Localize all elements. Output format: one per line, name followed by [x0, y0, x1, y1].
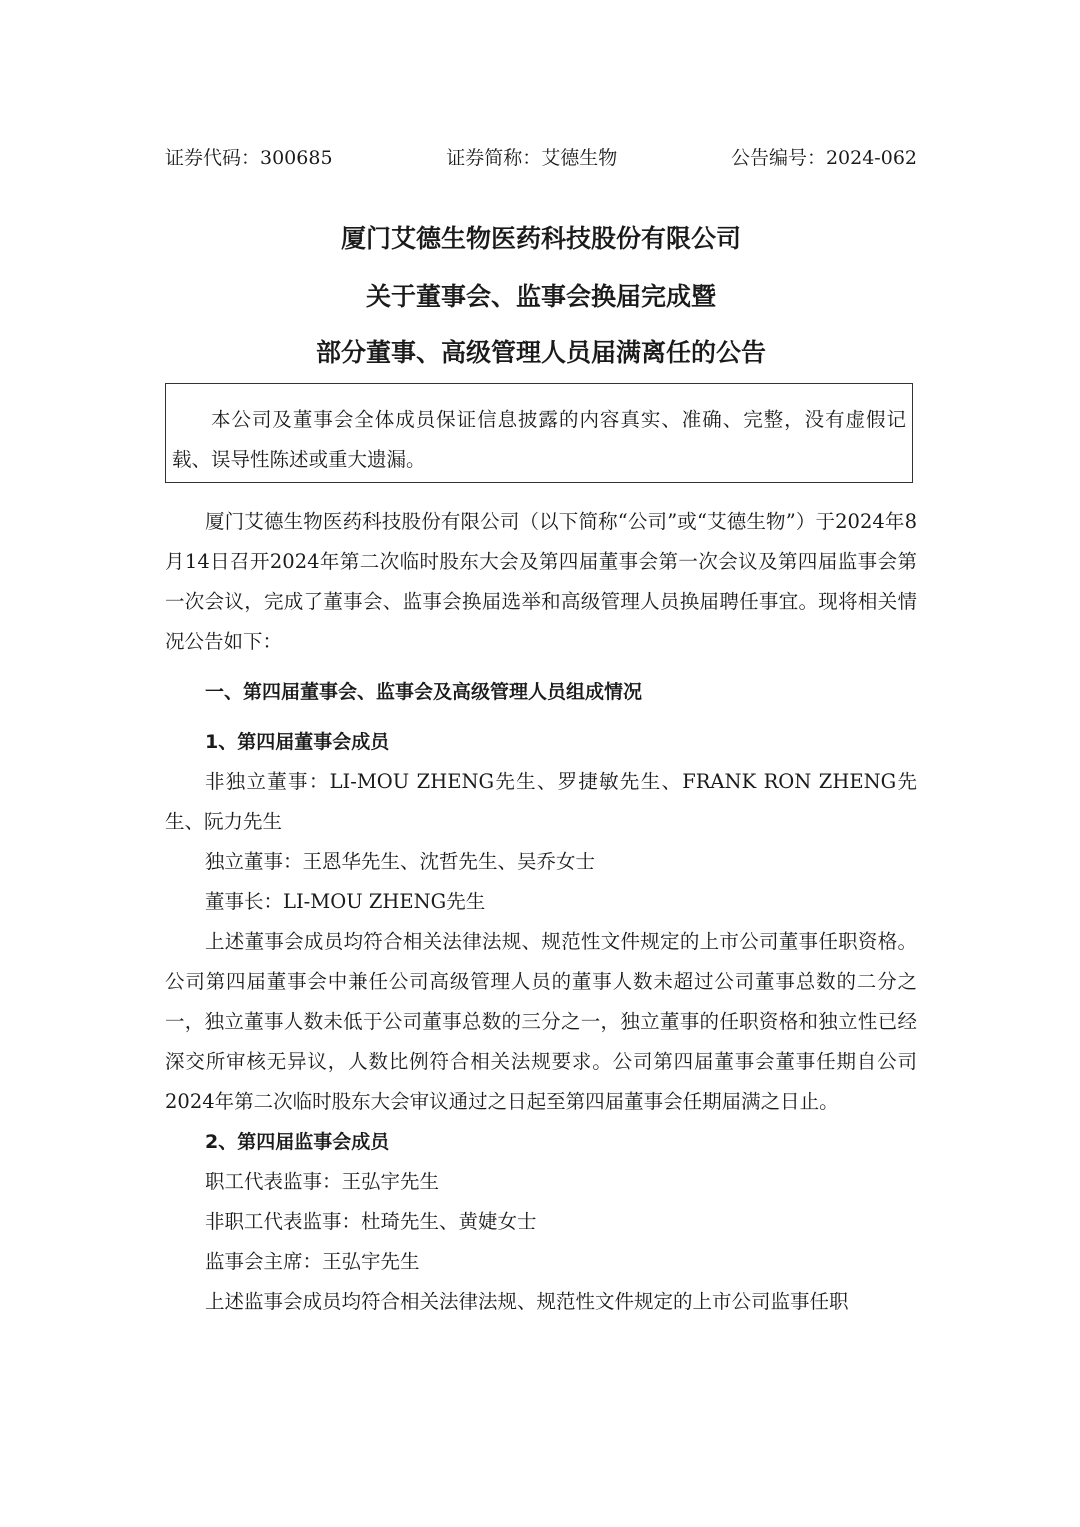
- document-body: 厦门艾德生物医药科技股份有限公司（以下简称“公司”或“艾德生物”）于2024年8…: [165, 502, 917, 1322]
- independent-directors: 独立董事：王恩华先生、沈哲先生、吴乔女士: [165, 842, 917, 882]
- board-members-heading: 1、第四届董事会成员: [165, 722, 917, 762]
- section1-heading: 一、第四届董事会、监事会及高级管理人员组成情况: [165, 672, 917, 712]
- non-employee-rep-supervisors: 非职工代表监事：杜琦先生、黄婕女士: [165, 1202, 917, 1242]
- board-note-paragraph: 上述董事会成员均符合相关法律法规、规范性文件规定的上市公司董事任职资格。公司第四…: [165, 922, 917, 1122]
- notice-number: 公告编号：2024-062: [731, 144, 917, 172]
- employee-rep-supervisor: 职工代表监事：王弘宇先生: [165, 1162, 917, 1202]
- supervisory-note-paragraph: 上述监事会成员均符合相关法律法规、规范性文件规定的上市公司监事任职: [165, 1282, 917, 1322]
- board-chairman: 董事长：LI-MOU ZHENG先生: [165, 882, 917, 922]
- stock-name: 证券简称：艾德生物: [446, 144, 617, 172]
- intro-paragraph: 厦门艾德生物医药科技股份有限公司（以下简称“公司”或“艾德生物”）于2024年8…: [165, 502, 917, 662]
- supervisory-board-heading: 2、第四届监事会成员: [165, 1122, 917, 1162]
- document-header: 证券代码：300685 证券简称：艾德生物 公告编号：2024-062: [165, 144, 917, 172]
- disclosure-notice-box: 本公司及董事会全体成员保证信息披露的内容真实、准确、完整，没有虚假记载、误导性陈…: [165, 383, 913, 483]
- supervisory-chairman: 监事会主席：王弘宇先生: [165, 1242, 917, 1282]
- title-company: 厦门艾德生物医药科技股份有限公司: [165, 222, 917, 256]
- stock-code: 证券代码：300685: [165, 144, 333, 172]
- title-line3: 部分董事、高级管理人员届满离任的公告: [165, 336, 917, 370]
- non-independent-directors: 非独立董事：LI-MOU ZHENG先生、罗捷敏先生、FRANK RON ZHE…: [165, 762, 917, 842]
- document-page: 证券代码：300685 证券简称：艾德生物 公告编号：2024-062 厦门艾德…: [0, 0, 1080, 1527]
- title-line2: 关于董事会、监事会换届完成暨: [165, 280, 917, 314]
